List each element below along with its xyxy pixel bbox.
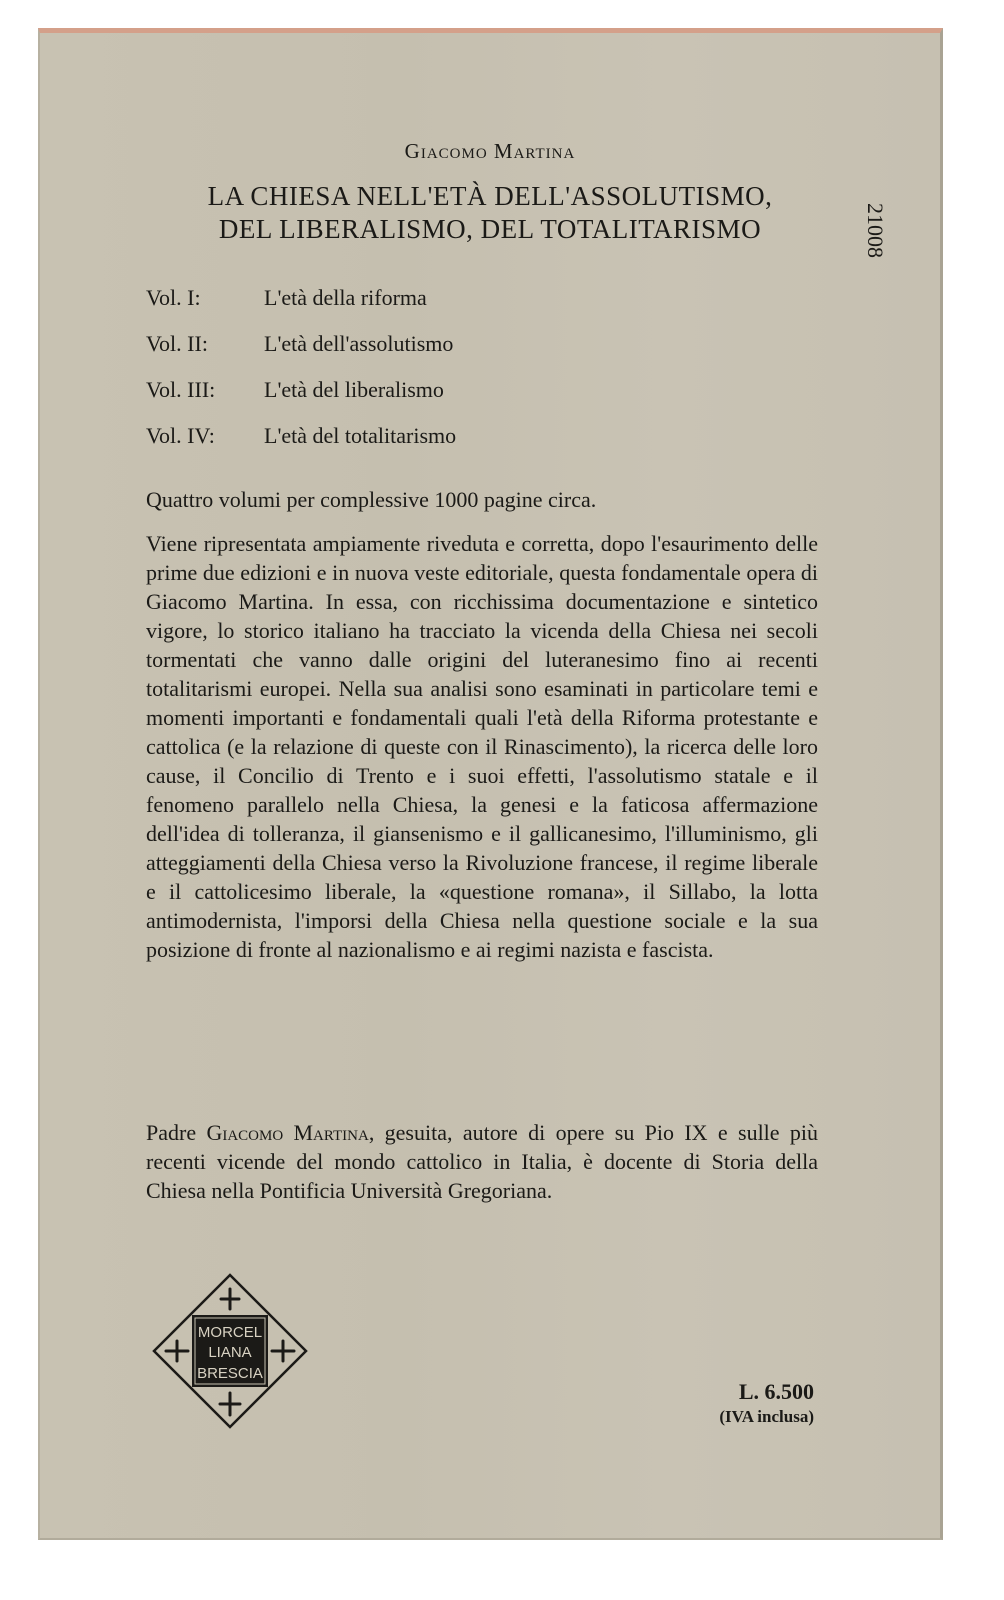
publisher-logo-icon: MORCEL LIANA BRESCIA bbox=[152, 1273, 308, 1429]
description-paragraph: Viene ripresentata ampiamente riveduta e… bbox=[146, 529, 818, 964]
title-line-1: LA CHIESA NELL'ETÀ DELL'ASSOLUTISMO, bbox=[40, 180, 940, 213]
volume-title: L'età del liberalismo bbox=[264, 377, 444, 403]
author-name: Giacomo Martina bbox=[40, 139, 940, 164]
price-block: L. 6.500 (IVA inclusa) bbox=[719, 1379, 814, 1427]
book-title: LA CHIESA NELL'ETÀ DELL'ASSOLUTISMO, DEL… bbox=[40, 180, 940, 246]
page-count-summary: Quattro volumi per complessive 1000 pagi… bbox=[146, 485, 818, 514]
volume-number: Vol. I: bbox=[146, 285, 264, 311]
volume-item: Vol. III: L'età del liberalismo bbox=[146, 377, 456, 423]
volume-list: Vol. I: L'età della riforma Vol. II: L'e… bbox=[146, 285, 456, 469]
volume-item: Vol. IV: L'età del totalitarismo bbox=[146, 423, 456, 469]
logo-line-3: BRESCIA bbox=[197, 1365, 263, 1382]
author-bio: Padre Giacomo Martina, gesuita, autore d… bbox=[146, 1118, 818, 1205]
bio-author-name: Giacomo Martina bbox=[206, 1120, 368, 1145]
volume-number: Vol. II: bbox=[146, 331, 264, 357]
price: L. 6.500 bbox=[719, 1379, 814, 1405]
volume-item: Vol. II: L'età dell'assolutismo bbox=[146, 331, 456, 377]
volume-title: L'età del totalitarismo bbox=[264, 423, 456, 449]
volume-title: L'età dell'assolutismo bbox=[264, 331, 453, 357]
volume-item: Vol. I: L'età della riforma bbox=[146, 285, 456, 331]
vat-note: (IVA inclusa) bbox=[719, 1407, 814, 1427]
volume-number: Vol. IV: bbox=[146, 423, 264, 449]
bio-prefix: Padre bbox=[146, 1120, 206, 1145]
volume-title: L'età della riforma bbox=[264, 285, 427, 311]
catalog-code: 21008 bbox=[862, 203, 888, 258]
book-back-cover: Giacomo Martina LA CHIESA NELL'ETÀ DELL'… bbox=[38, 28, 943, 1540]
logo-line-1: MORCEL bbox=[198, 1324, 262, 1341]
volume-number: Vol. III: bbox=[146, 377, 264, 403]
logo-line-2: LIANA bbox=[208, 1344, 251, 1361]
title-line-2: DEL LIBERALISMO, DEL TOTALITARISMO bbox=[40, 213, 940, 246]
